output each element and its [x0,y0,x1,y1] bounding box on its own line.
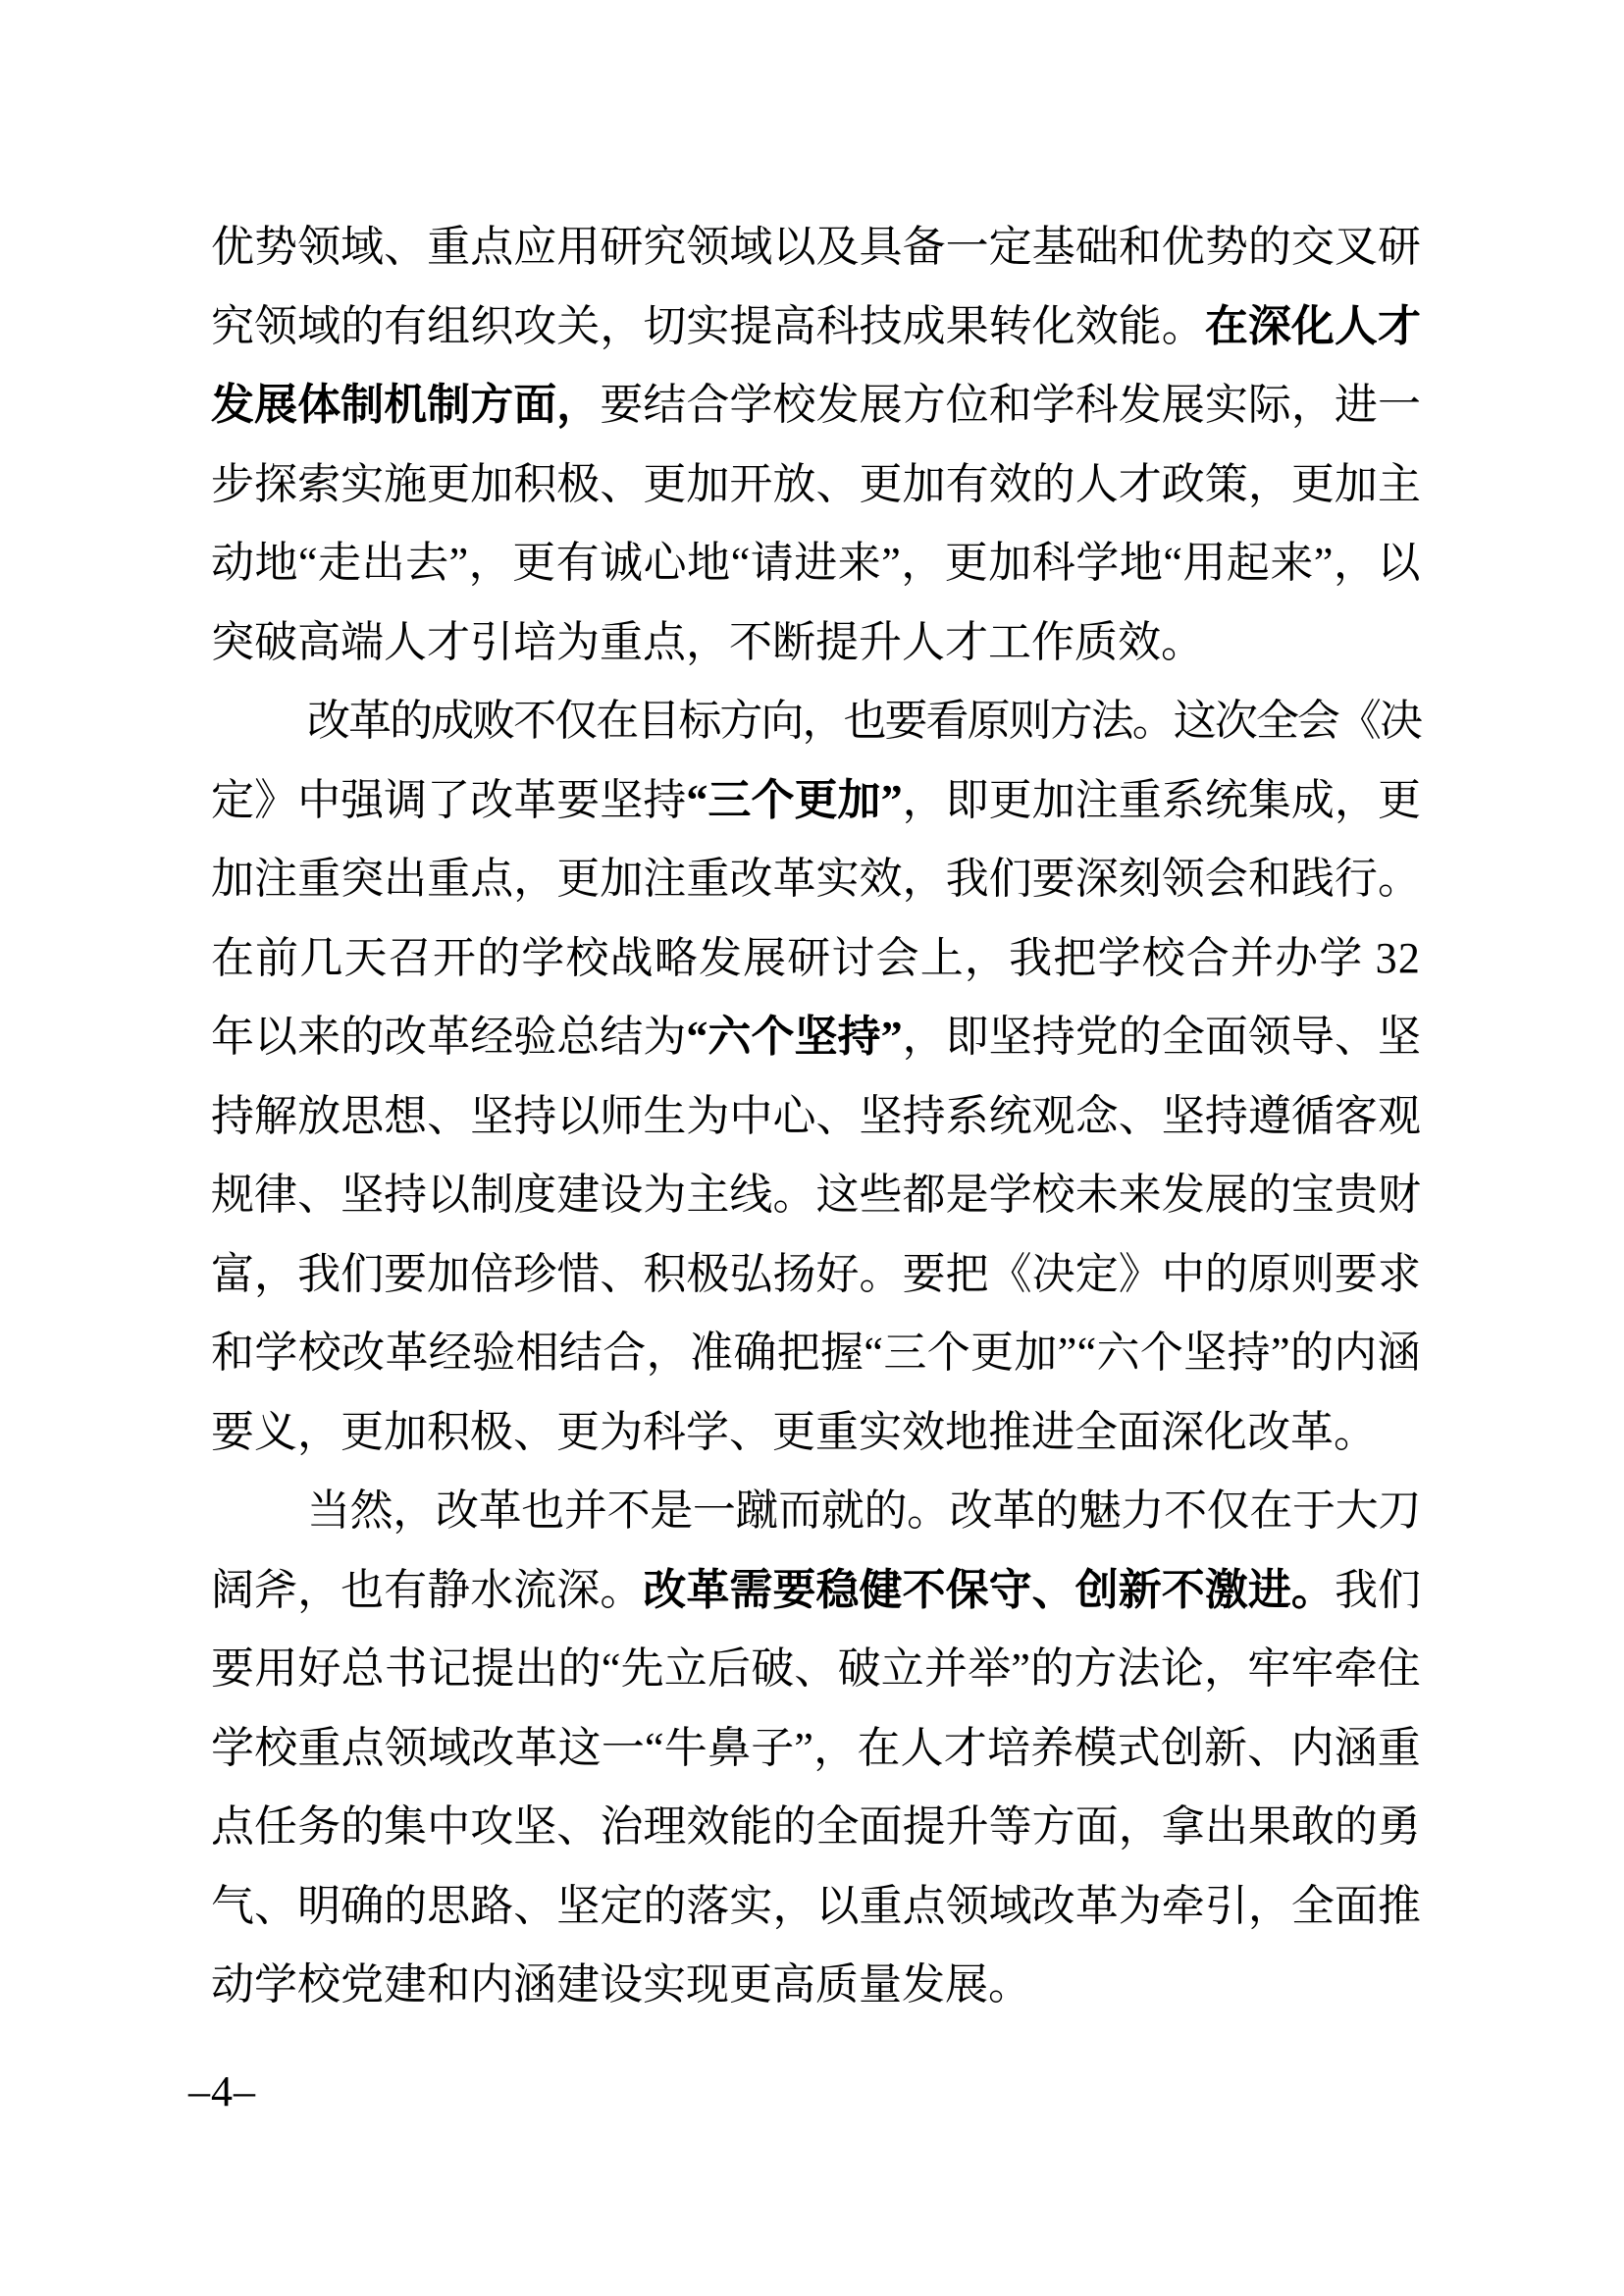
text-line: 动地“走出去”，更有诚心地“请进来”，更加科学地“用起来”，以 [211,524,1421,603]
text-line: 改革的成败不仅在目标方向，也要看原则方法。这次全会《决 [307,682,1421,761]
text-line: 点任务的集中攻坚、治理效能的全面提升等方面，拿出果敢的勇 [211,1788,1421,1867]
text-line: 和学校改革经验相结合，准确把握“三个更加”“六个坚持”的内涵 [211,1314,1421,1393]
text-line: 加注重突出重点，更加注重改革实效，我们要深刻领会和践行。 [211,840,1421,919]
text-line: 步探索实施更加积极、更加开放、更加有效的人才政策，更加主 [211,445,1421,525]
emphasized-text: “六个坚持” [686,1013,902,1061]
text-line: 在前几天召开的学校战略发展研讨会上，我把学校合并办学 32 [211,919,1421,999]
text-line: 优势领域、重点应用研究领域以及具备一定基础和优势的交叉研 [211,208,1421,287]
text-line: 气、明确的思路、坚定的落实，以重点领域改革为牵引，全面推 [211,1867,1421,1947]
text-line: 动学校党建和内涵建设实现更高质量发展。 [211,1946,1421,2025]
document-page: 优势领域、重点应用研究领域以及具备一定基础和优势的交叉研究领域的有组织攻关，切实… [0,0,1624,2296]
text-line: 年以来的改革经验总结为“六个坚持”，即坚持党的全面领导、坚 [211,998,1421,1077]
text-line: 持解放思想、坚持以师生为中心、坚持系统观念、坚持遵循客观 [211,1077,1421,1157]
text-line: 当然，改革也并不是一蹴而就的。改革的魅力不仅在于大刀 [307,1472,1421,1551]
emphasized-text: 改革需要稳健不保守、创新不激进。 [643,1566,1335,1614]
text-line: 发展体制机制方面，要结合学校发展方位和学科发展实际，进一 [211,366,1421,445]
page-number: –4– [188,2066,256,2117]
text-line: 突破高端人才引培为重点，不断提升人才工作质效。 [211,603,1421,683]
emphasized-text: “三个更加” [686,776,902,824]
text-line: 要义，更加积极、更为科学、更重实效地推进全面深化改革。 [211,1393,1421,1473]
text-line: 富，我们要加倍珍惜、积极弘扬好。要把《决定》中的原则要求 [211,1235,1421,1315]
text-line: 学校重点领域改革这一“牛鼻子”，在人才培养模式创新、内涵重 [211,1709,1421,1789]
text-line: 规律、坚持以制度建设为主线。这些都是学校未来发展的宝贵财 [211,1156,1421,1235]
text-line: 阔斧，也有静水流深。改革需要稳健不保守、创新不激进。我们 [211,1551,1421,1631]
emphasized-text: 发展体制机制方面， [211,381,600,429]
document-body: 优势领域、重点应用研究领域以及具备一定基础和优势的交叉研究领域的有组织攻关，切实… [211,208,1421,2025]
text-line: 定》中强调了改革要坚持“三个更加”，即更加注重系统集成，更 [211,761,1421,841]
text-line: 要用好总书记提出的“先立后破、破立并举”的方法论，牢牢牵住 [211,1630,1421,1709]
emphasized-text: 在深化人才 [1205,302,1421,350]
text-line: 究领域的有组织攻关，切实提高科技成果转化效能。在深化人才 [211,287,1421,367]
